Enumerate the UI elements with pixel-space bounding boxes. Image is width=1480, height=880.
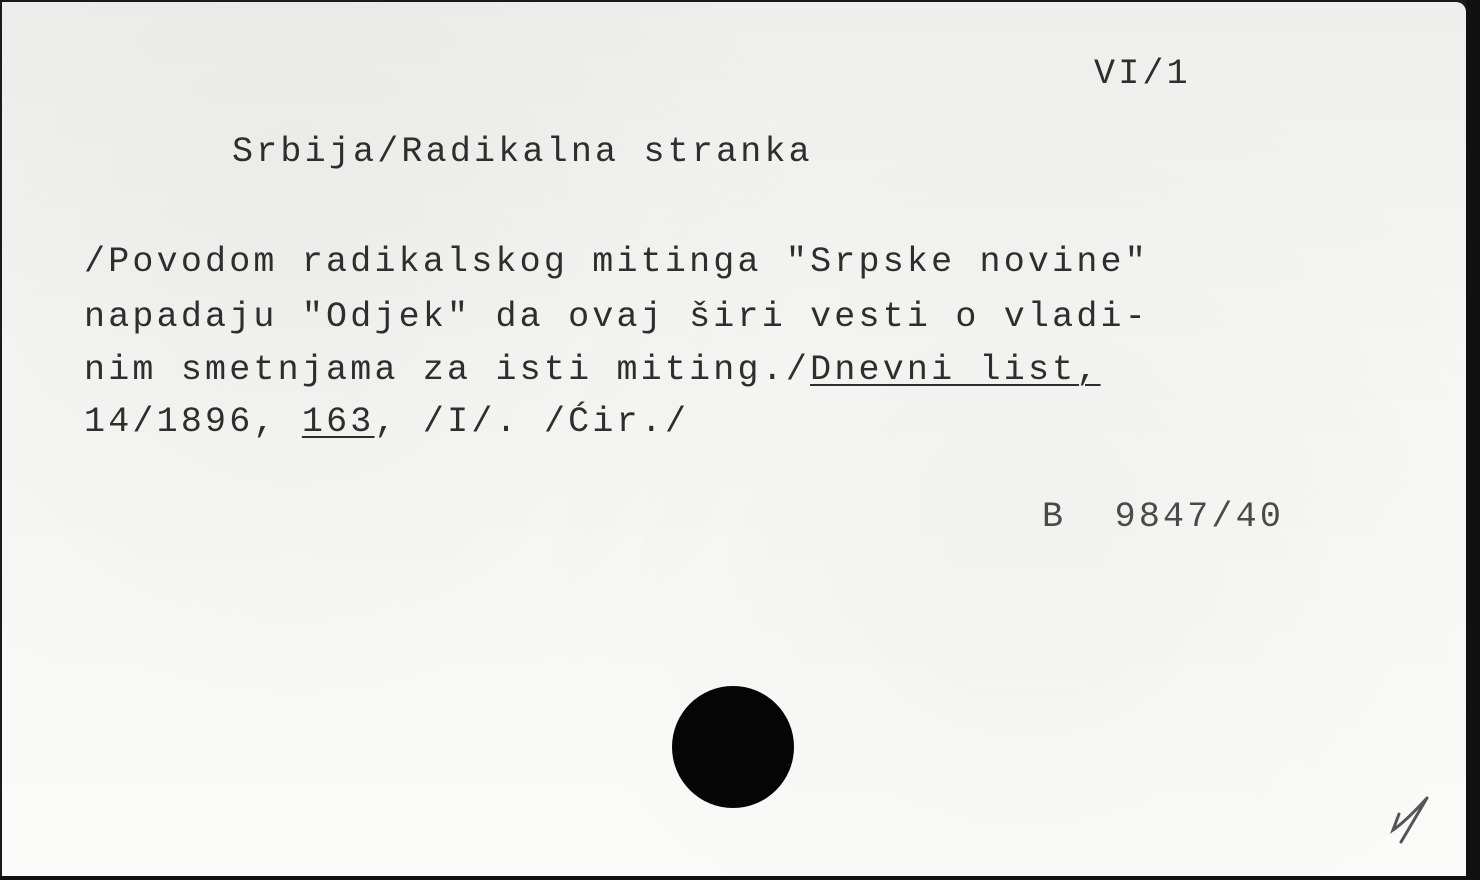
alphabet-note: /I/. [423, 402, 520, 442]
body-line-3-text: nim smetnjama za isti miting./ [84, 350, 810, 390]
card-edge-bottom [0, 876, 1480, 880]
script-note: /Ćir./ [544, 402, 689, 442]
page-number: 163 [302, 402, 375, 442]
source-title: Dnevni list, [810, 350, 1100, 390]
citation-line: 14/1896, 163, /I/. /Ćir./ [84, 402, 689, 442]
issue: 14/1896, [84, 402, 278, 442]
separator: , [374, 402, 398, 442]
body-line-2: napadaju "Odjek" da ovaj širi vesti o vl… [84, 297, 1149, 337]
punch-hole [672, 686, 794, 808]
signature-code: VI/1 [1094, 54, 1191, 94]
call-number: B 9847/40 [1042, 497, 1284, 537]
catalog-card: VI/1 Srbija/Radikalna stranka /Povodom r… [2, 2, 1466, 876]
body-line-1: /Povodom radikalskog mitinga "Srpske nov… [84, 242, 1149, 282]
subject-heading: Srbija/Radikalna stranka [232, 132, 813, 172]
body-line-3: nim smetnjama za isti miting./Dnevni lis… [84, 350, 1101, 390]
card-edge-right [1466, 0, 1480, 880]
handwritten-check-icon [1387, 792, 1437, 852]
